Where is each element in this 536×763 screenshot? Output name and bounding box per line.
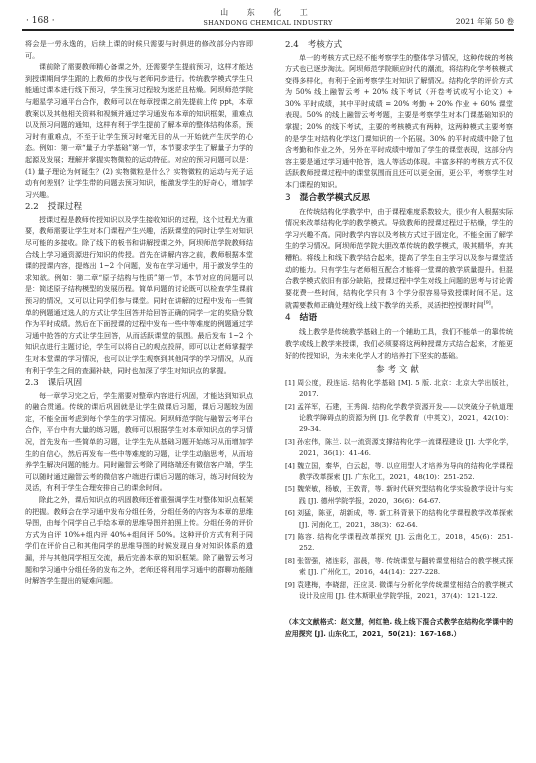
citation-format: （本文文献格式：赵文慧，何红艳. 线上线下混合式教学在结构化学课中的应用探究 [… [285, 616, 513, 640]
paragraph: 将会是一劳永逸的，后续上课的时候只需要与时俱进的修改部分内容即可。 [25, 38, 253, 61]
reference-item: [4] 魏立国，秦华，白云起，等. 以应用型人才培养为导向的结构化学课程教学改革… [285, 461, 513, 484]
section-heading-2-4: 2.4考核方式 [285, 39, 513, 52]
left-column: 将会是一劳永逸的，后续上课的时候只需要与时俱进的修改部分内容即可。 课前除了需要… [25, 38, 253, 587]
reference-item: [3] 孙宏伟，陈兰. 以一流资源支撑结构化学一流课程建设 [J]. 大学化学，… [285, 437, 513, 460]
paragraph: 在传统结构化学教学中，由于课程难度系数较大，很少有人根据实际情况来改革结构化学的… [285, 206, 513, 312]
reference-item: [8] 张智强，褚连彩，邵晨，等. 传统课堂与翻转课堂相结合的教学模式探索 [J… [285, 556, 513, 579]
paragraph: 课前除了需要教师精心备课之外，还需要学生提前预习，这样才能达到授课期间学生跟的上… [25, 61, 253, 200]
citation-ref: [9] [484, 300, 491, 306]
references-title: 参考文献 [285, 364, 513, 376]
journal-title-en: SHANDONG CHEMICAL INDUSTRY [22, 18, 514, 28]
paragraph: 单一的考核方式已经不能考察学生的整体学习情况，这种传统的考核方式也已逐步淘汰。阿… [285, 52, 513, 191]
reference-item: [6] 刘猛，陈亚，胡新成，等. 新工科背景下的结构化学课程教学改革探索 [J]… [285, 508, 513, 531]
paragraph: 除此之外，课后知识点的巩固教师还着重强调学生对整体知识点框架的把握。教师会在学习… [25, 494, 253, 587]
section-heading-2-2: 2.2授课过程 [25, 201, 253, 214]
right-column: 2.4考核方式 单一的考核方式已经不能考察学生的整体学习情况，这种传统的考核方式… [285, 38, 513, 640]
section-heading-4: 4结语 [285, 312, 513, 325]
paragraph: 授课过程是教师传授知识以及学生接收知识的过程，这个过程尤为重要，教师需要让学生对… [25, 214, 253, 376]
paragraph: 线上教学是传统教学基础上的一个辅助工具，我们不能单一的靠传统教学或线上教学来授课… [285, 326, 513, 361]
paragraph: 每一章学习完之后，学生需要对整章内容进行巩固，才能达到知识点的融合贯通。传统的课… [25, 390, 253, 494]
reference-item: [9] 袁建梅，李晓甜，汪应灵. 微课与分析化学传统课堂相结合的教学模式设计及应… [285, 580, 513, 603]
section-heading-2-3: 2.3课后巩固 [25, 377, 253, 390]
reference-item: [7] 陈容. 结构化学课程改革探究 [J]. 云南化工，2018，45(6)：… [285, 532, 513, 555]
references-list: [1] 周公度，段连运. 结构化学基础 [M]. 5 版. 北京：北京大学出版社… [285, 378, 513, 603]
page-header: · 168 · 山 东 化 工 SHANDONG CHEMICAL INDUST… [22, 6, 514, 30]
volume-info: 2021 年第 50 卷 [456, 16, 514, 27]
reference-item: [1] 周公度，段连运. 结构化学基础 [M]. 5 版. 北京：北京大学出版社… [285, 378, 513, 401]
reference-item: [5] 魏荣敏，杨敏，王敦青，等. 新时代研究型结构化学实验教学设计与实践 [J… [285, 484, 513, 507]
reference-item: [2] 孟祥军，石建，王秀阁. 结构化学教学资源开发——以突破分子轨道理论教学障… [285, 402, 513, 436]
journal-title: 山 东 化 工 SHANDONG CHEMICAL INDUSTRY [22, 8, 514, 28]
section-heading-3: 3混合教学模式反思 [285, 192, 513, 205]
header-rule [22, 29, 514, 31]
journal-title-cn: 山 东 化 工 [22, 8, 514, 18]
